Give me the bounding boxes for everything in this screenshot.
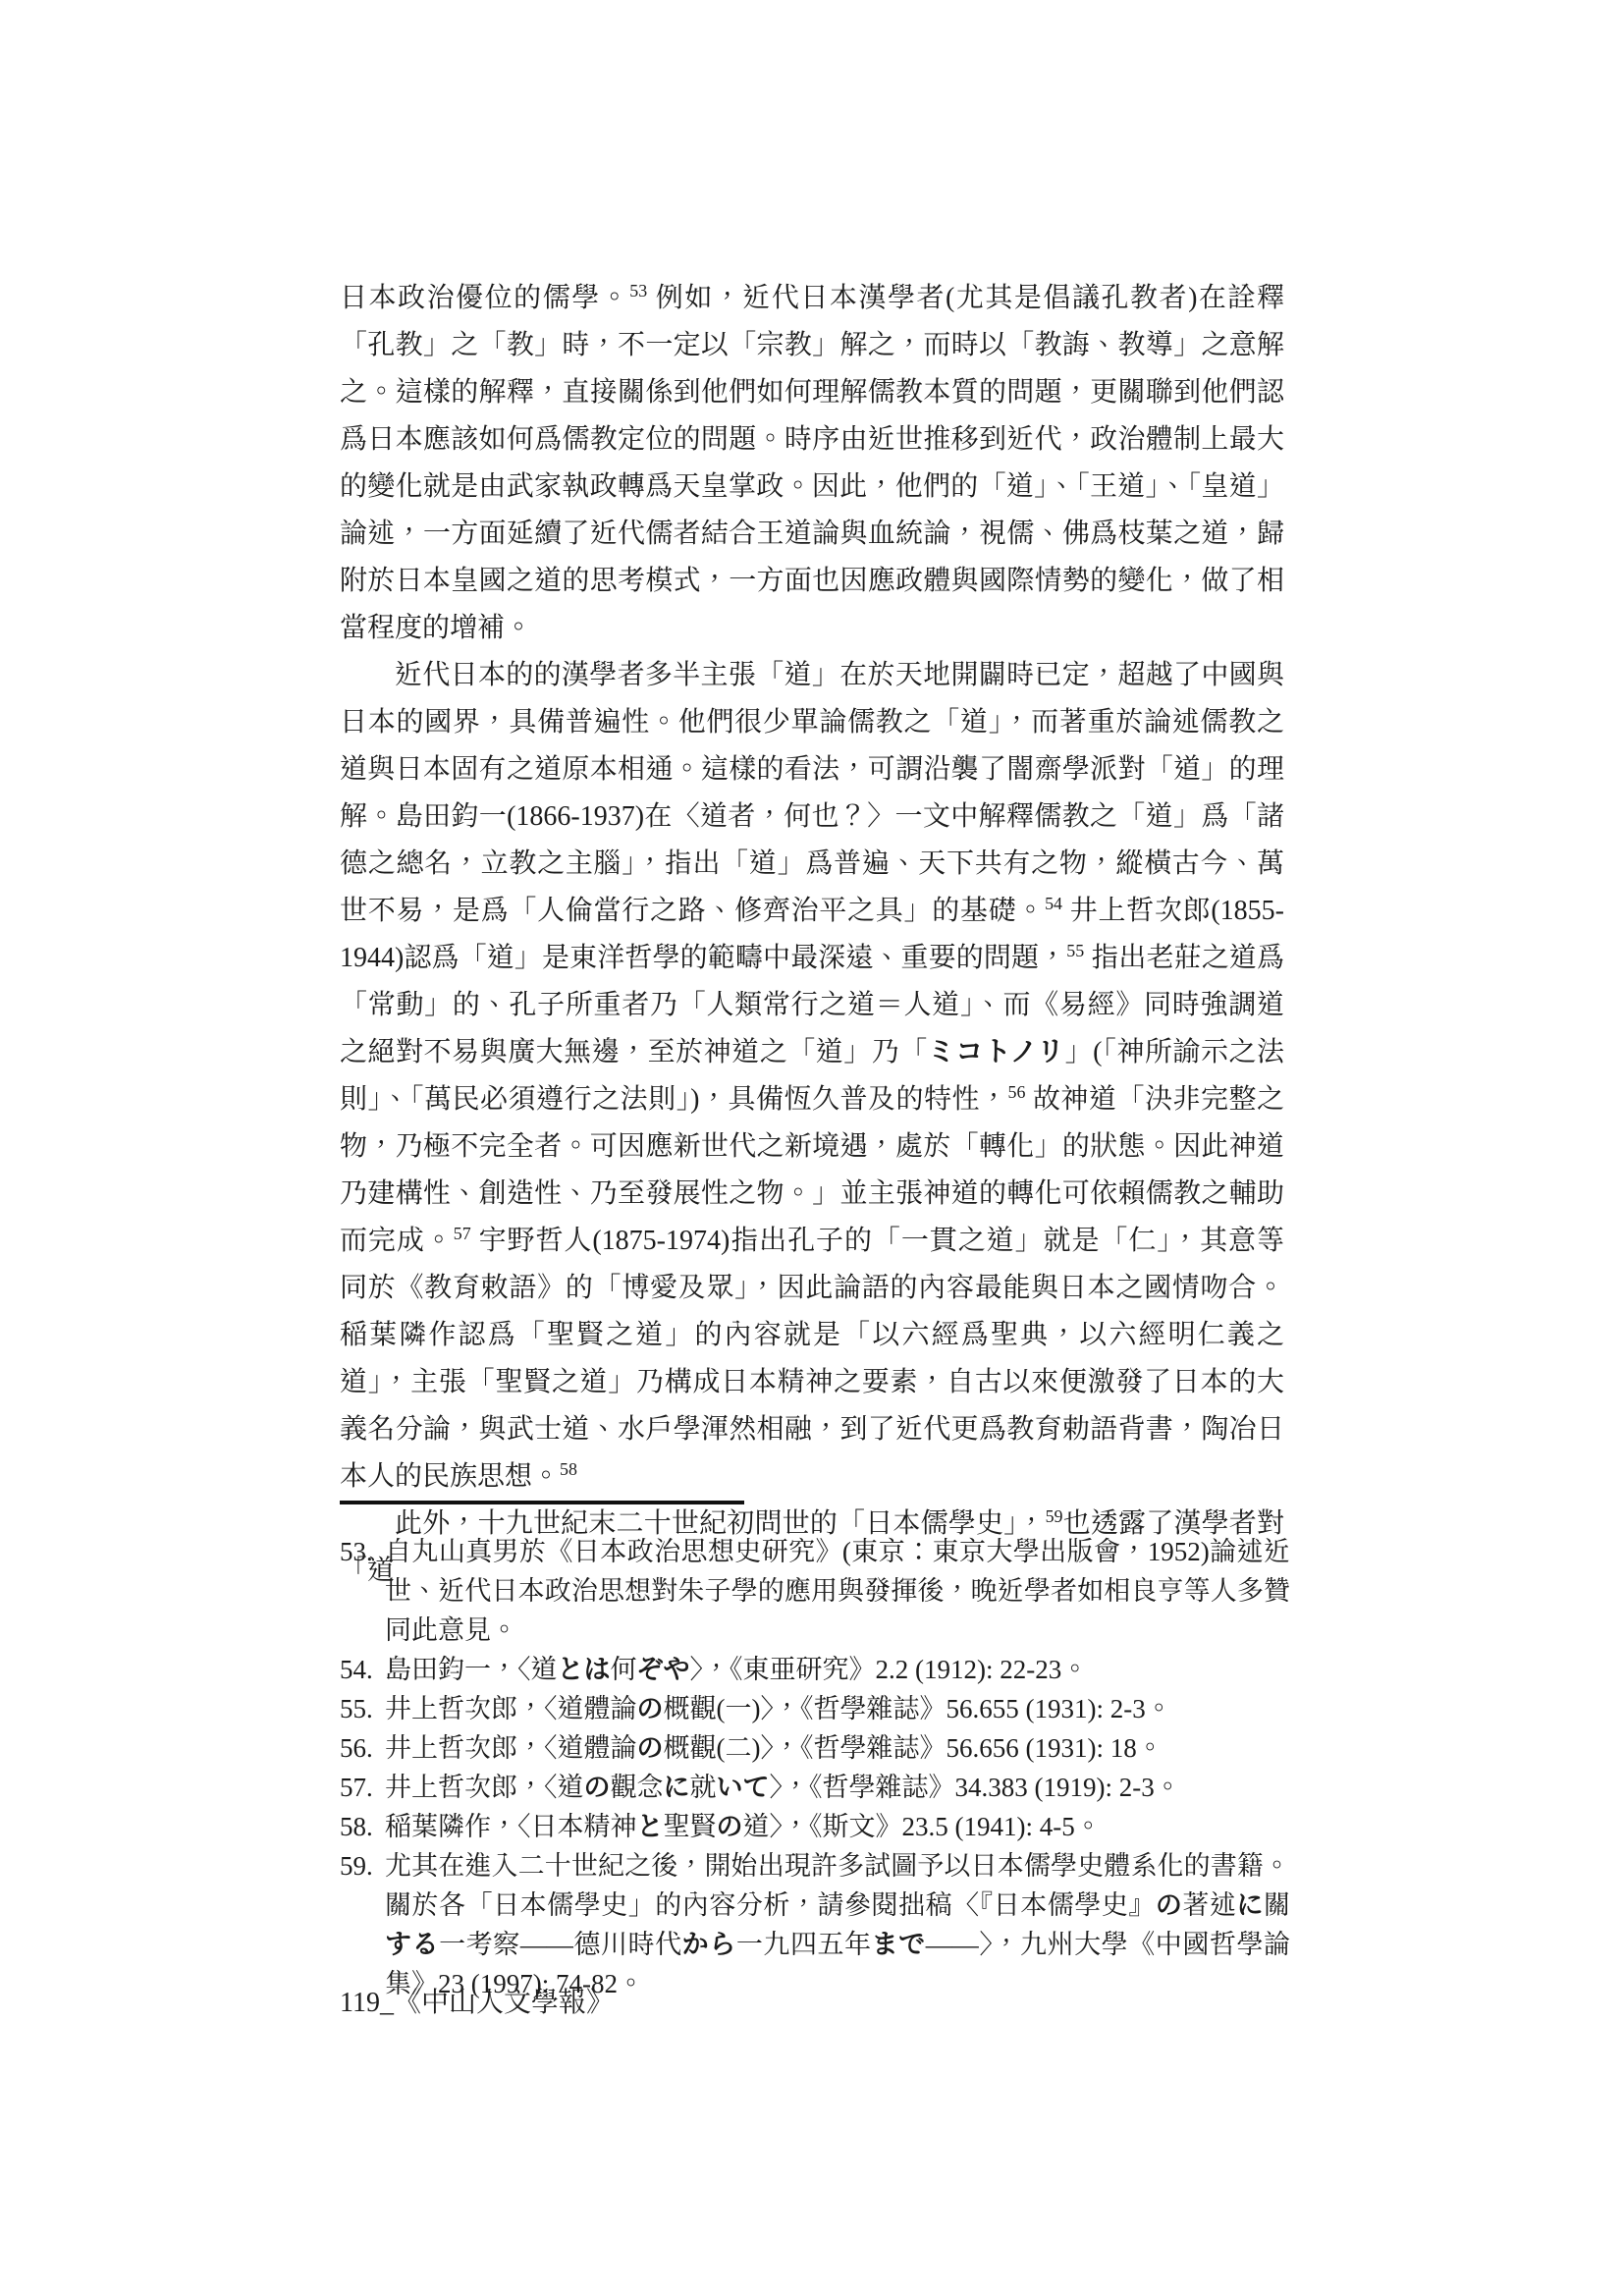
- text-segment: に: [1236, 1890, 1264, 1920]
- footnote-ref: 57: [454, 1224, 471, 1243]
- page-footer: 119_《中山人文學報》: [340, 1986, 614, 2021]
- footnote-text: 自丸山真男於《日本政治思想史研究》(東京：東京大學出版會，1952)論述近世、近…: [385, 1532, 1290, 1650]
- footnote-number: 57.: [340, 1768, 385, 1807]
- text-segment: 道〉，《斯文》23.5 (1941): 4-5。: [743, 1812, 1102, 1841]
- footnote-number: 58.: [340, 1807, 385, 1846]
- footnote-number: 55.: [340, 1689, 385, 1728]
- text-segment: 概觀(一)〉，《哲學雜誌》56.655 (1931): 2-3。: [664, 1694, 1172, 1723]
- journal-title: 《中山人文學報》: [394, 1988, 614, 2018]
- footnote-ref: 53: [629, 281, 647, 301]
- text-segment: 聖賢: [664, 1812, 717, 1841]
- text-segment: 近代日本的的漢學者多半主張「道」在於天地開闢時已定，超越了中國與日本的國界，具備…: [340, 660, 1284, 926]
- text-segment: 日本政治優位的儒學。: [340, 283, 629, 313]
- text-segment: 著述: [1182, 1890, 1236, 1920]
- footer-separator: _: [380, 1988, 394, 2018]
- text-segment: に: [664, 1773, 690, 1802]
- text-segment: とは: [558, 1655, 611, 1684]
- footnote-separator: [340, 1501, 744, 1504]
- footnote-54: 54. 島田鈞一，〈道とは何ぞや〉，《東亜研究》2.2 (1912): 22-2…: [340, 1650, 1290, 1689]
- footnote-text: 尤其在進入二十世紀之後，開始出現許多試圖予以日本儒學史體系化的書籍。關於各「日本…: [385, 1846, 1290, 2003]
- footnote-text: 稲葉隣作，〈日本精神と聖賢の道〉，《斯文》23.5 (1941): 4-5。: [385, 1807, 1290, 1846]
- footnote-text: 井上哲次郎，〈道體論の概觀(一)〉，《哲學雜誌》56.655 (1931): 2…: [385, 1689, 1290, 1728]
- text-segment: 觀念: [611, 1773, 664, 1802]
- text-segment: 一考察——德川時代: [439, 1930, 682, 1959]
- footnote-number: 53.: [340, 1532, 385, 1650]
- text-segment: 〉，《哲學雜誌》34.383 (1919): 2-3。: [770, 1773, 1181, 1802]
- footnote-number: 56.: [340, 1728, 385, 1768]
- text-segment: 概觀(二)〉，《哲學雜誌》56.656 (1931): 18。: [664, 1733, 1163, 1763]
- text-segment: する: [385, 1930, 439, 1959]
- page-number: 119: [340, 1988, 380, 2018]
- text-segment: 井上哲次郎，〈道體論: [385, 1733, 637, 1763]
- text-segment: 就: [690, 1773, 717, 1802]
- text-segment: から: [682, 1930, 736, 1959]
- footnote-ref: 55: [1066, 941, 1084, 960]
- text-segment: 井上哲次郎，〈道: [385, 1773, 584, 1802]
- footnote-55: 55. 井上哲次郎，〈道體論の概觀(一)〉，《哲學雜誌》56.655 (1931…: [340, 1689, 1290, 1728]
- footnote-text: 島田鈞一，〈道とは何ぞや〉，《東亜研究》2.2 (1912): 22-23。: [385, 1650, 1290, 1689]
- text-segment: 例如，近代日本漢學者(尤其是倡議孔教者)在詮釋「孔教」之「教」時，不一定以「宗教…: [340, 283, 1284, 643]
- main-text: 日本政治優位的儒學。53 例如，近代日本漢學者(尤其是倡議孔教者)在詮釋「孔教」…: [340, 275, 1284, 1595]
- footnote-ref: 56: [1008, 1082, 1026, 1102]
- footnote-ref: 59: [1046, 1506, 1063, 1526]
- text-segment: 宇野哲人(1875-1974)指出孔子的「一貫之道」就是「仁」，其意等同於《教育…: [340, 1226, 1284, 1492]
- paragraph: 近代日本的的漢學者多半主張「道」在於天地開闢時已定，超越了中國與日本的國界，具備…: [340, 652, 1284, 1501]
- text-segment: の: [637, 1694, 664, 1723]
- footnote-ref: 54: [1045, 894, 1062, 913]
- text-segment: まで: [872, 1930, 926, 1959]
- paragraph: 日本政治優位的儒學。53 例如，近代日本漢學者(尤其是倡議孔教者)在詮釋「孔教」…: [340, 275, 1284, 652]
- text-segment: 尤其在進入二十世紀之後，開始出現許多試圖予以日本儒學史體系化的書籍。關於各「日本…: [385, 1851, 1290, 1920]
- footnote-text: 井上哲次郎，〈道の觀念に就いて〉，《哲學雜誌》34.383 (1919): 2-…: [385, 1768, 1290, 1807]
- footnote-53: 53. 自丸山真男於《日本政治思想史研究》(東京：東京大學出版會，1952)論述…: [340, 1532, 1290, 1650]
- text-segment: 一九四五年: [736, 1930, 872, 1959]
- text-segment: と: [637, 1812, 664, 1841]
- text-segment: の: [1156, 1890, 1183, 1920]
- footnote-number: 59.: [340, 1846, 385, 2003]
- footnote-58: 58. 稲葉隣作，〈日本精神と聖賢の道〉，《斯文》23.5 (1941): 4-…: [340, 1807, 1290, 1846]
- text-segment: ぞや: [637, 1655, 690, 1684]
- text-segment: 井上哲次郎，〈道體論: [385, 1694, 637, 1723]
- footnotes: 53. 自丸山真男於《日本政治思想史研究》(東京：東京大學出版會，1952)論述…: [340, 1532, 1290, 2003]
- text-segment: 稲葉隣作，〈日本精神: [385, 1812, 637, 1841]
- text-segment: 自丸山真男於《日本政治思想史研究》(東京：東京大學出版會，1952)論述近世、近…: [385, 1537, 1290, 1645]
- footnote-text: 井上哲次郎，〈道體論の概觀(二)〉，《哲學雜誌》56.656 (1931): 1…: [385, 1728, 1290, 1768]
- text-segment: 〉，《東亜研究》2.2 (1912): 22-23。: [690, 1655, 1089, 1684]
- document-page: 日本政治優位的儒學。53 例如，近代日本漢學者(尤其是倡議孔教者)在詮釋「孔教」…: [0, 0, 1623, 2296]
- text-segment: いて: [717, 1773, 770, 1802]
- footnote-ref: 58: [560, 1459, 577, 1479]
- text-segment: の: [584, 1773, 611, 1802]
- text-segment: 島田鈞一，〈道: [385, 1655, 558, 1684]
- footnote-57: 57. 井上哲次郎，〈道の觀念に就いて〉，《哲學雜誌》34.383 (1919)…: [340, 1768, 1290, 1807]
- footnote-56: 56. 井上哲次郎，〈道體論の概觀(二)〉，《哲學雜誌》56.656 (1931…: [340, 1728, 1290, 1768]
- text-segment: ミコトノリ: [928, 1037, 1065, 1067]
- text-segment: 關: [1264, 1890, 1290, 1920]
- text-segment: の: [717, 1812, 743, 1841]
- footnote-59: 59. 尤其在進入二十世紀之後，開始出現許多試圖予以日本儒學史體系化的書籍。關於…: [340, 1846, 1290, 2003]
- footnote-number: 54.: [340, 1650, 385, 1689]
- text-segment: 何: [611, 1655, 637, 1684]
- text-segment: の: [637, 1733, 664, 1763]
